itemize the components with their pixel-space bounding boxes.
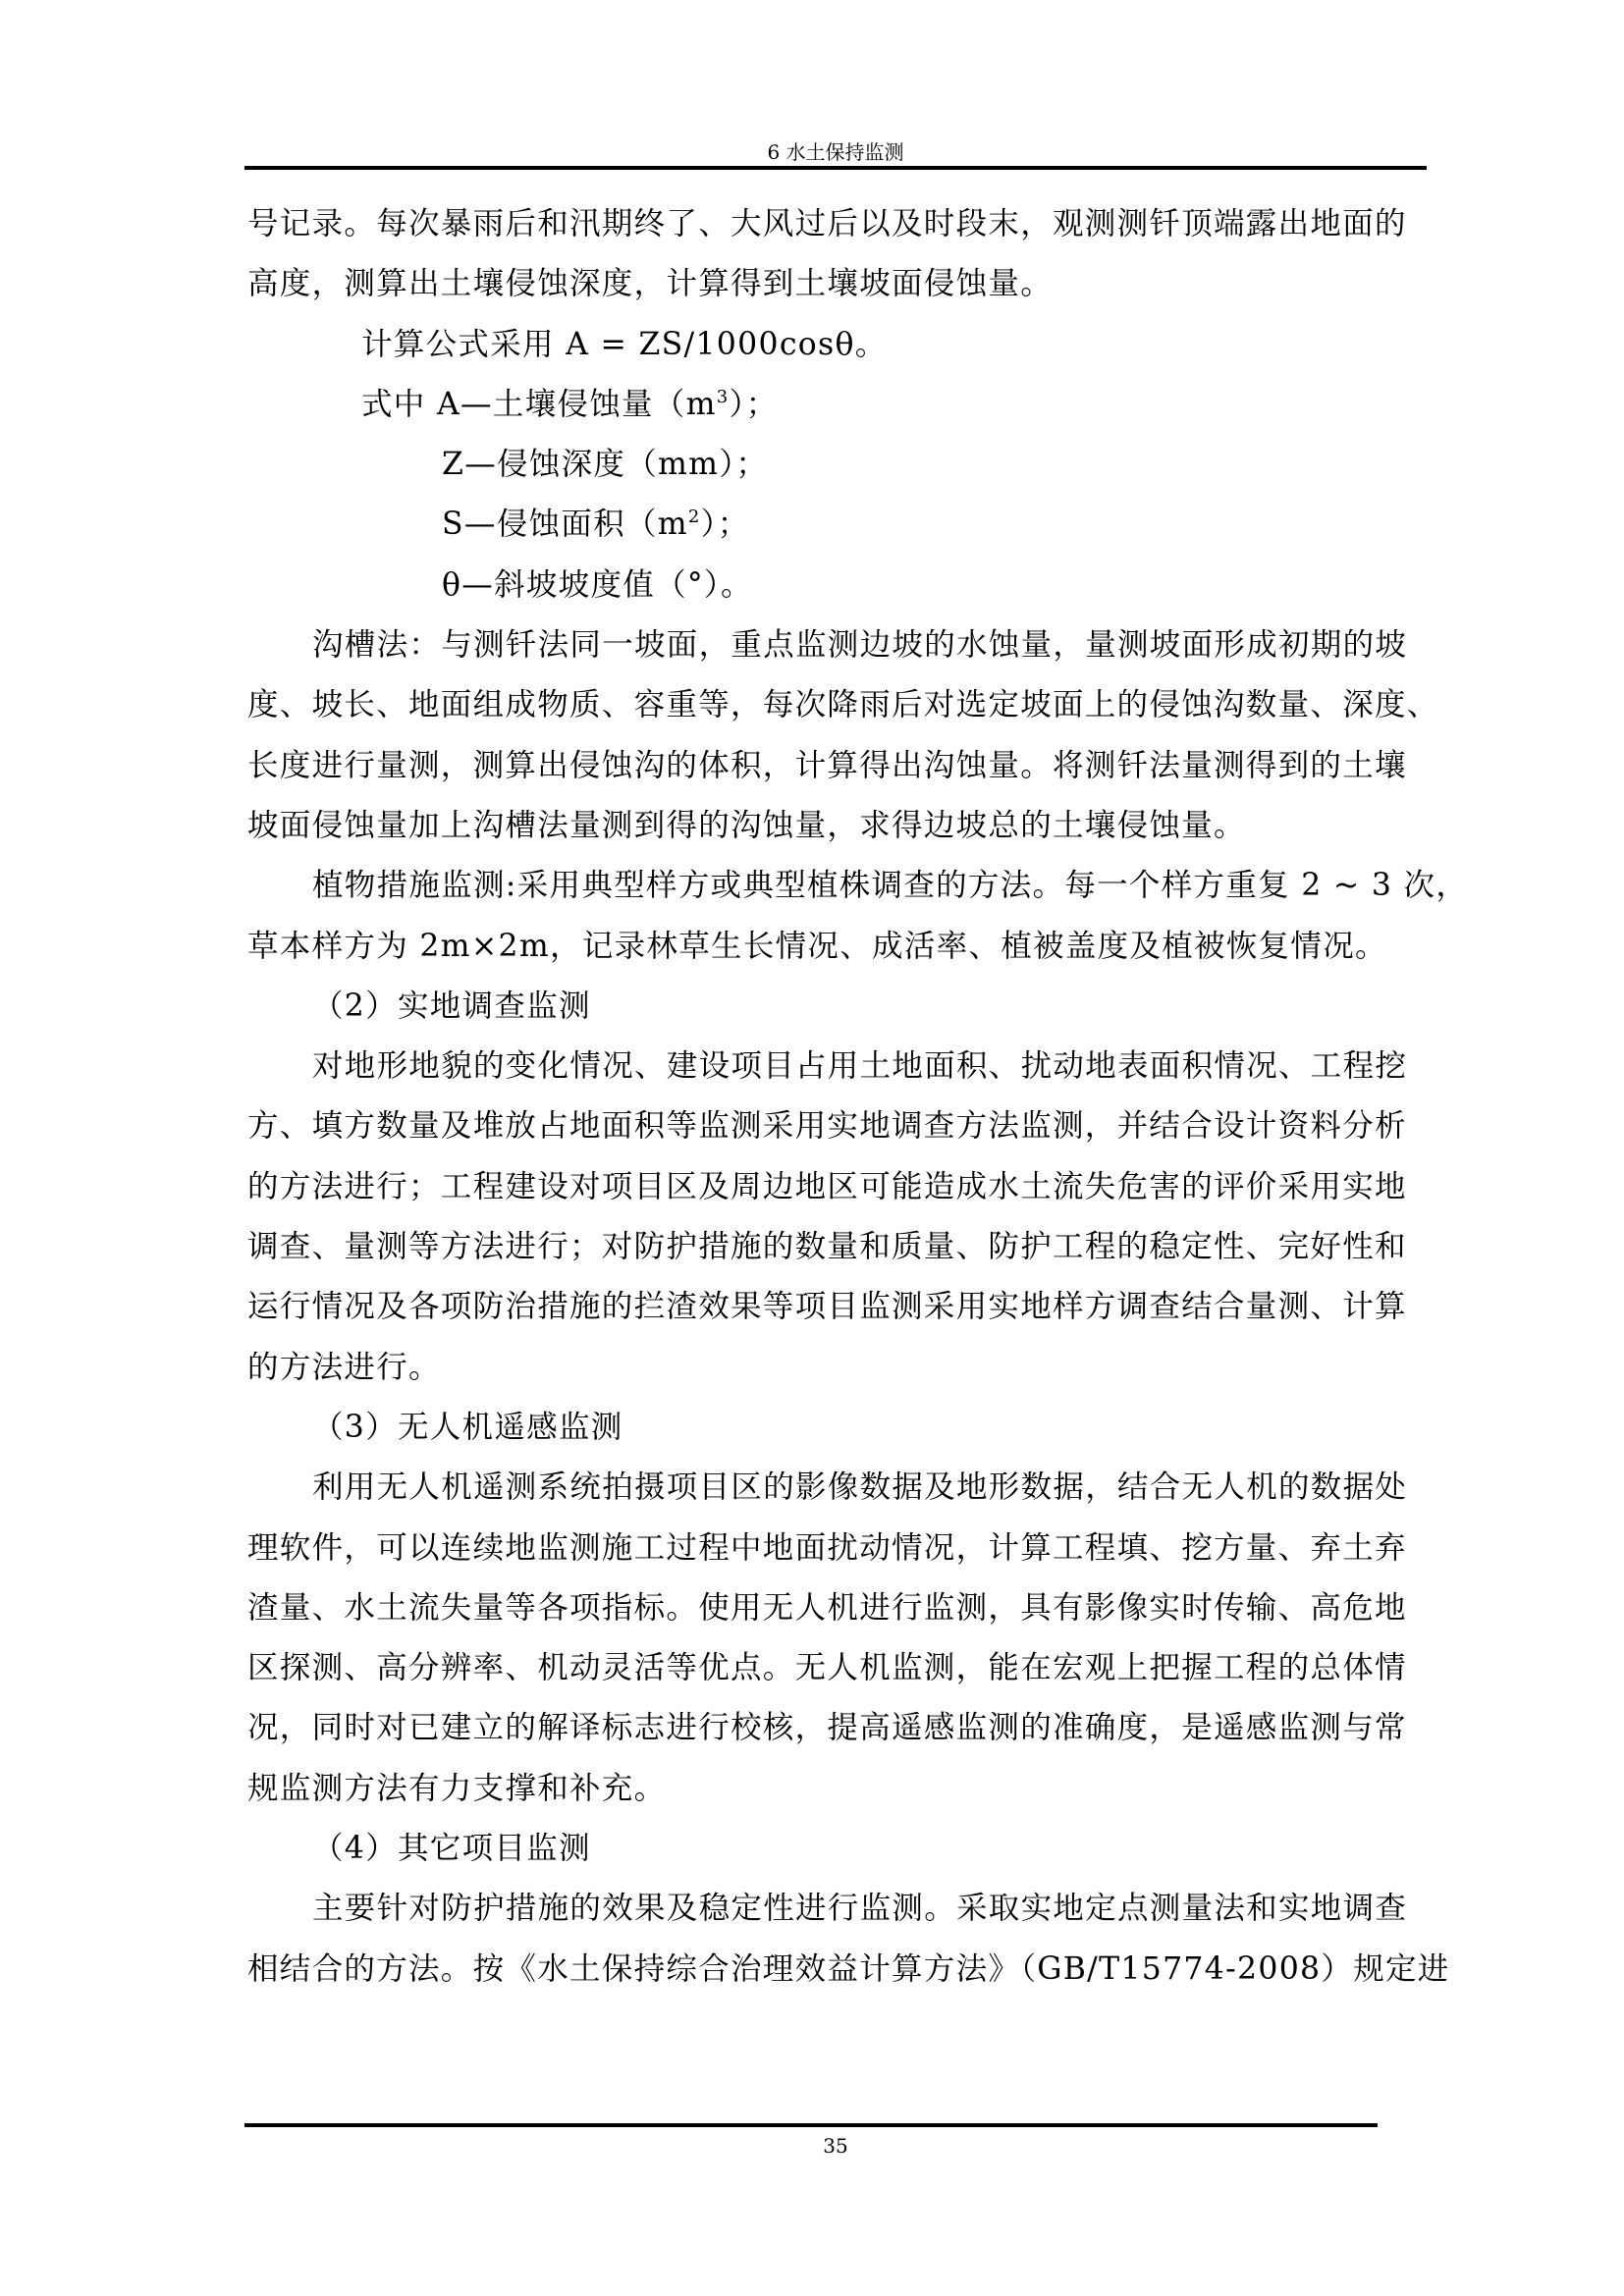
header-rule: [244, 166, 1427, 170]
footer-rule: [244, 2123, 1378, 2127]
paragraph-line: 沟槽法：与测钎法同一坡面，重点监测边坡的水蚀量，量测坡面形成初期的坡: [247, 615, 1426, 675]
where-label: 式中: [361, 387, 426, 422]
section-heading: （2）实地调查监测: [247, 977, 1426, 1037]
section-heading: （4）其它项目监测: [247, 1819, 1426, 1879]
formula-symbol: A: [437, 387, 460, 422]
page-body: 号记录。每次暴雨后和汛期终了、大风过后以及时段末，观测测钎顶端露出地面的 高度，…: [247, 194, 1426, 2000]
paragraph-line: 渣量、水土流失量等各项指标。使用无人机进行监测，具有影像实时传输、高危地: [247, 1578, 1426, 1638]
paragraph-line: 草本样方为 2m×2m，记录林草生长情况、成活率、植被盖度及植被恢复情况。: [247, 917, 1426, 977]
formula-def-A: 式中 A—土壤侵蚀量（m3）；: [247, 375, 1426, 435]
paragraph-line: 利用无人机遥测系统拍摄项目区的影像数据及地形数据，结合无人机的数据处: [247, 1458, 1426, 1518]
paragraph-line: 方、填方数量及堆放占地面积等监测采用实地调查方法监测，并结合设计资料分析: [247, 1096, 1426, 1156]
formula-def-text: —侵蚀面积（m: [464, 507, 688, 542]
formula-def-Z: Z—侵蚀深度（mm）；: [247, 435, 1426, 495]
superscript: 3: [717, 387, 730, 407]
paragraph-line: 号记录。每次暴雨后和汛期终了、大风过后以及时段末，观测测钎顶端露出地面的: [247, 194, 1426, 254]
paragraph-line: 植物措施监测:采用典型样方或典型植株调查的方法。每一个样方重复 2 ~ 3 次，: [247, 856, 1426, 916]
paragraph-line: 度、坡长、地面组成物质、容重等，每次降雨后对选定坡面上的侵蚀沟数量、深度、: [247, 675, 1426, 735]
formula-def-text: —侵蚀深度（mm）；: [464, 447, 768, 482]
formula-def-tail: ）；: [730, 387, 779, 422]
formula-symbol: Z: [442, 447, 464, 482]
formula-symbol: S: [442, 507, 464, 542]
paragraph-line: 坡面侵蚀量加上沟槽法量测到得的沟蚀量，求得边坡总的土壤侵蚀量。: [247, 796, 1426, 856]
section-heading: （3）无人机遥感监测: [247, 1398, 1426, 1458]
paragraph-line: 的方法进行。: [247, 1338, 1426, 1398]
formula-def-tail: ）；: [701, 507, 750, 542]
running-header: 6 水土保持监测: [244, 140, 1427, 164]
paragraph-line: 理软件，可以连续地监测施工过程中地面扰动情况，计算工程填、挖方量、弃土弃: [247, 1519, 1426, 1578]
paragraph-line: 高度，测算出土壤侵蚀深度，计算得到土壤坡面侵蚀量。: [247, 254, 1426, 314]
formula-def-theta: θ—斜坡坡度值（°）。: [247, 556, 1426, 615]
page-number: 35: [244, 2134, 1427, 2158]
formula-symbol: θ: [442, 567, 461, 603]
paragraph-line: 相结合的方法。按《水土保持综合治理效益计算方法》（GB/T15774-2008）…: [247, 1940, 1426, 2000]
paragraph-line: 调查、量测等方法进行；对防护措施的数量和质量、防护工程的稳定性、完好性和: [247, 1217, 1426, 1277]
paragraph-line: 况，同时对已建立的解译标志进行校核，提高遥感监测的准确度，是遥感监测与常: [247, 1698, 1426, 1758]
superscript: 2: [688, 507, 701, 527]
formula-def-text: —土壤侵蚀量（m: [460, 387, 717, 422]
paragraph-line: 对地形地貌的变化情况、建设项目占用土地面积、扰动地表面积情况、工程挖: [247, 1037, 1426, 1096]
formula-def-S: S—侵蚀面积（m2）；: [247, 495, 1426, 555]
formula-def-text: —斜坡坡度值（°）。: [461, 567, 753, 603]
formula-intro: 计算公式采用 A = ZS/1000cosθ。: [247, 315, 1426, 375]
paragraph-line: 规监测方法有力支撑和补充。: [247, 1759, 1426, 1819]
paragraph-line: 运行情况及各项防治措施的拦渣效果等项目监测采用实地样方调查结合量测、计算: [247, 1277, 1426, 1337]
paragraph-line: 的方法进行；工程建设对项目区及周边地区可能造成水土流失危害的评价采用实地: [247, 1157, 1426, 1217]
paragraph-line: 长度进行量测，测算出侵蚀沟的体积，计算得出沟蚀量。将测钎法量测得到的土壤: [247, 736, 1426, 796]
paragraph-line: 区探测、高分辨率、机动灵活等优点。无人机监测，能在宏观上把握工程的总体情: [247, 1638, 1426, 1698]
paragraph-line: 主要针对防护措施的效果及稳定性进行监测。采取实地定点测量法和实地调查: [247, 1879, 1426, 1939]
